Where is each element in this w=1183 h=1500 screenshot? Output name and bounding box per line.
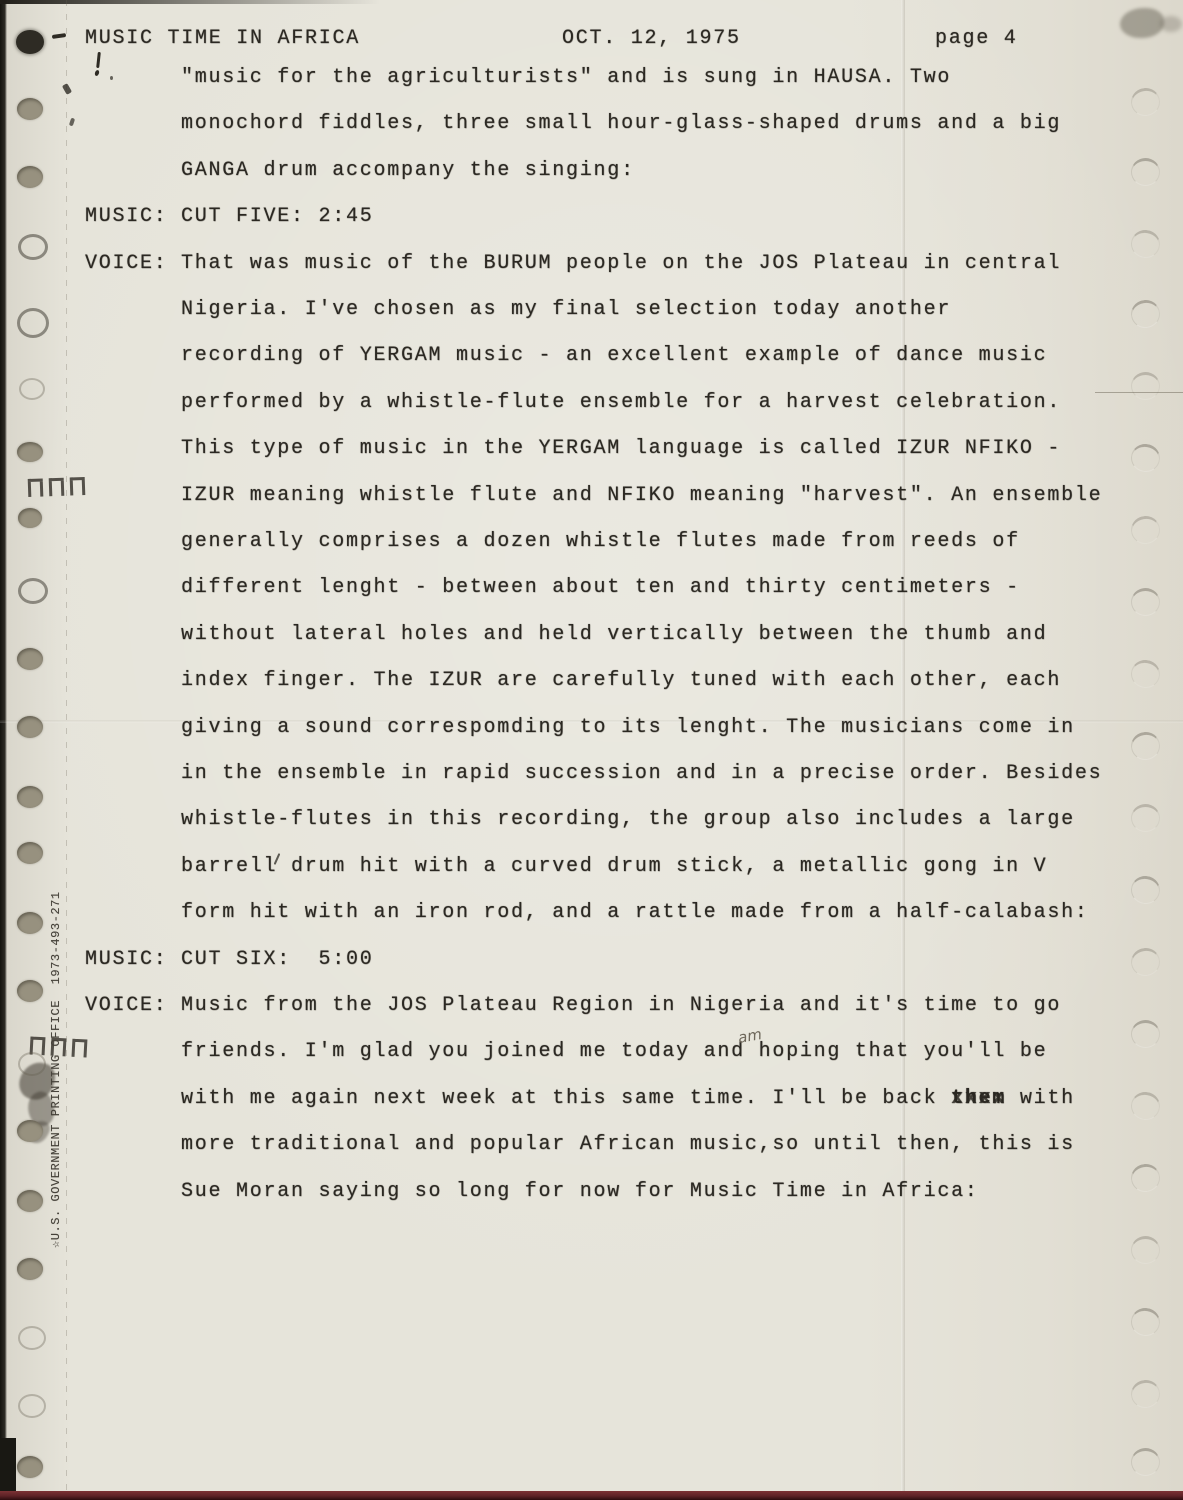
line-text: without lateral holes and held verticall… [181, 623, 1047, 646]
line-text: barrell drum hit with a curved drum stic… [181, 855, 1047, 878]
punch-hole [17, 716, 43, 738]
overtype-x-marks: xxxx [951, 1087, 1006, 1110]
punch-hole [17, 980, 43, 1002]
line-text: "music for the agriculturists" and is su… [181, 66, 951, 89]
punch-hole [17, 648, 43, 670]
typescript-line: recording of YERGAM music - an excellent… [0, 344, 1183, 390]
punch-hole [17, 1190, 43, 1212]
text-segment: Music from the JOS Plateau Region in Nig… [181, 994, 1061, 1017]
text-segment: with me again next week at this same tim… [181, 1087, 951, 1110]
scanned-typescript-page: MUSIC TIME IN AFRICA OCT. 12, 1975 page … [0, 0, 1183, 1500]
typescript-line: barrell drum hit with a curved drum stic… [0, 855, 1183, 901]
embossed-hole-shadow [1131, 804, 1160, 832]
speaker-label: VOICE: [85, 252, 168, 275]
text-segment: performed by a whistle-flute ensemble fo… [181, 391, 1061, 414]
punch-hole [17, 442, 43, 462]
punch-hole [17, 912, 43, 934]
line-text: Sue Moran saying so long for now for Mus… [181, 1180, 979, 1203]
embossed-hole-shadow [1131, 1020, 1160, 1048]
line-text: in the ensemble in rapid succession and … [181, 762, 1102, 785]
line-text: different lenght - between about ten and… [181, 576, 1020, 599]
typescript-line: GANGA drum accompany the singing: [0, 159, 1183, 205]
speaker-label: VOICE: [85, 994, 168, 1017]
punch-hole [18, 1052, 46, 1076]
typescript-line: different lenght - between about ten and… [0, 576, 1183, 622]
speaker-label: MUSIC: [85, 948, 168, 971]
embossed-hole-shadow [1131, 372, 1160, 400]
text-segment: different lenght - between about ten and… [181, 576, 1020, 599]
punch-hole [17, 786, 43, 808]
text-segment: monochord fiddles, three small hour-glas… [181, 112, 1061, 135]
text-segment: generally comprises a dozen whistle flut… [181, 530, 1020, 553]
typescript-body: "music for the agriculturists" and is su… [0, 0, 1183, 1500]
embossed-hole-shadow [1131, 1236, 1160, 1264]
embossed-hole-shadow [1131, 588, 1160, 616]
line-text: GANGA drum accompany the singing: [181, 159, 635, 182]
punch-hole [17, 842, 43, 864]
line-text: This type of music in the YERGAM languag… [181, 437, 1061, 460]
punch-hole [19, 378, 45, 400]
struck-out-word: themxxxx [951, 1087, 1006, 1110]
line-text: CUT SIX: 5:00 [181, 948, 374, 971]
line-text: CUT FIVE: 2:45 [181, 205, 374, 228]
text-segment: "music for the agriculturists" and is su… [181, 66, 951, 89]
text-segment: more traditional and popular African mus… [181, 1133, 1075, 1156]
gpo-stamp-vertical: ☆U.S. GOVERNMENT PRINTING OFFICE 1973-49… [48, 848, 64, 1248]
text-segment: without lateral holes and held verticall… [181, 623, 1047, 646]
punch-hole [16, 30, 44, 54]
line-text: friends. I'm glad you joined me today an… [181, 1040, 1047, 1063]
text-segment: whistle-flutes in this recording, the gr… [181, 808, 1075, 831]
typescript-line: performed by a whistle-flute ensemble fo… [0, 391, 1183, 437]
typescript-line: monochord fiddles, three small hour-glas… [0, 112, 1183, 158]
embossed-hole-shadow [1131, 1448, 1160, 1476]
punch-hole [17, 1120, 43, 1142]
text-segment: Sue Moran saying so long for now for Mus… [181, 1180, 979, 1203]
text-segment: form hit with an iron rod, and a rattle … [181, 901, 1089, 924]
line-text: with me again next week at this same tim… [181, 1087, 1075, 1110]
line-text: giving a sound correspomding to its leng… [181, 716, 1075, 739]
text-segment: with [1006, 1087, 1075, 1110]
text-segment: in the ensemble in rapid succession and … [181, 762, 1102, 785]
line-text: generally comprises a dozen whistle flut… [181, 530, 1020, 553]
text-segment: This type of music in the YERGAM languag… [181, 437, 1061, 460]
scan-bottom-edge-bar [0, 1491, 1183, 1500]
typescript-line: without lateral holes and held verticall… [0, 623, 1183, 669]
typescript-line: with me again next week at this same tim… [0, 1087, 1183, 1133]
typescript-line: giving a sound correspomding to its leng… [0, 716, 1183, 762]
typescript-line: "music for the agriculturists" and is su… [0, 66, 1183, 112]
punch-hole [17, 166, 43, 188]
typescript-line: VOICE: That was music of the BURUM peopl… [0, 252, 1183, 298]
punch-hole [18, 508, 42, 528]
line-text: Music from the JOS Plateau Region in Nig… [181, 994, 1061, 1017]
typescript-line: index finger. The IZUR are carefully tun… [0, 669, 1183, 715]
typescript-line: generally comprises a dozen whistle flut… [0, 530, 1183, 576]
line-text: IZUR meaning whistle flute and NFIKO mea… [181, 484, 1102, 507]
typescript-line: Nigeria. I've chosen as my final selecti… [0, 298, 1183, 344]
typescript-line: whistle-flutes in this recording, the gr… [0, 808, 1183, 854]
line-text: monochord fiddles, three small hour-glas… [181, 112, 1061, 135]
line-text: index finger. The IZUR are carefully tun… [181, 669, 1061, 692]
typescript-line: IZUR meaning whistle flute and NFIKO mea… [0, 484, 1183, 530]
typescript-line: VOICE: Music from the JOS Plateau Region… [0, 994, 1183, 1040]
line-text: recording of YERGAM music - an excellent… [181, 344, 1047, 367]
typescript-line: form hit with an iron rod, and a rattle … [0, 901, 1183, 947]
embossed-hole-shadow [1131, 158, 1160, 186]
line-text: performed by a whistle-flute ensemble fo… [181, 391, 1061, 414]
typescript-line: more traditional and popular African mus… [0, 1133, 1183, 1179]
line-text: more traditional and popular African mus… [181, 1133, 1075, 1156]
punch-hole [18, 234, 48, 260]
text-segment: That was music of the BURUM people on th… [181, 252, 1061, 275]
punch-hole [18, 1326, 46, 1350]
typescript-line: in the ensemble in rapid succession and … [0, 762, 1183, 808]
typescript-line: MUSIC: CUT FIVE: 2:45 [0, 205, 1183, 251]
punch-hole [18, 1394, 46, 1418]
typescript-line: Sue Moran saying so long for now for Mus… [0, 1180, 1183, 1226]
text-segment: IZUR meaning whistle flute and NFIKO mea… [181, 484, 1102, 507]
text-segment: friends. I'm glad you joined me today an… [181, 1040, 1047, 1063]
punch-hole [17, 308, 49, 338]
text-segment: index finger. The IZUR are carefully tun… [181, 669, 1061, 692]
text-segment: barrell drum hit with a curved drum stic… [181, 855, 1047, 878]
speaker-label: MUSIC: [85, 205, 168, 228]
line-text: Nigeria. I've chosen as my final selecti… [181, 298, 951, 321]
line-text: whistle-flutes in this recording, the gr… [181, 808, 1075, 831]
text-segment: Nigeria. I've chosen as my final selecti… [181, 298, 951, 321]
typescript-line: friends. I'm glad you joined me today an… [0, 1040, 1183, 1086]
punch-hole [17, 1258, 43, 1280]
typescript-line: This type of music in the YERGAM languag… [0, 437, 1183, 483]
text-segment: CUT SIX: 5:00 [181, 948, 374, 971]
typescript-line: MUSIC: CUT SIX: 5:00 [0, 948, 1183, 994]
punch-hole [17, 98, 43, 120]
text-segment: CUT FIVE: 2:45 [181, 205, 374, 228]
text-segment: GANGA drum accompany the singing: [181, 159, 635, 182]
text-segment: giving a sound correspomding to its leng… [181, 716, 1075, 739]
line-text: That was music of the BURUM people on th… [181, 252, 1061, 275]
text-segment: recording of YERGAM music - an excellent… [181, 344, 1047, 367]
line-text: form hit with an iron rod, and a rattle … [181, 901, 1089, 924]
punch-hole [17, 1456, 43, 1478]
punch-hole [18, 578, 48, 604]
